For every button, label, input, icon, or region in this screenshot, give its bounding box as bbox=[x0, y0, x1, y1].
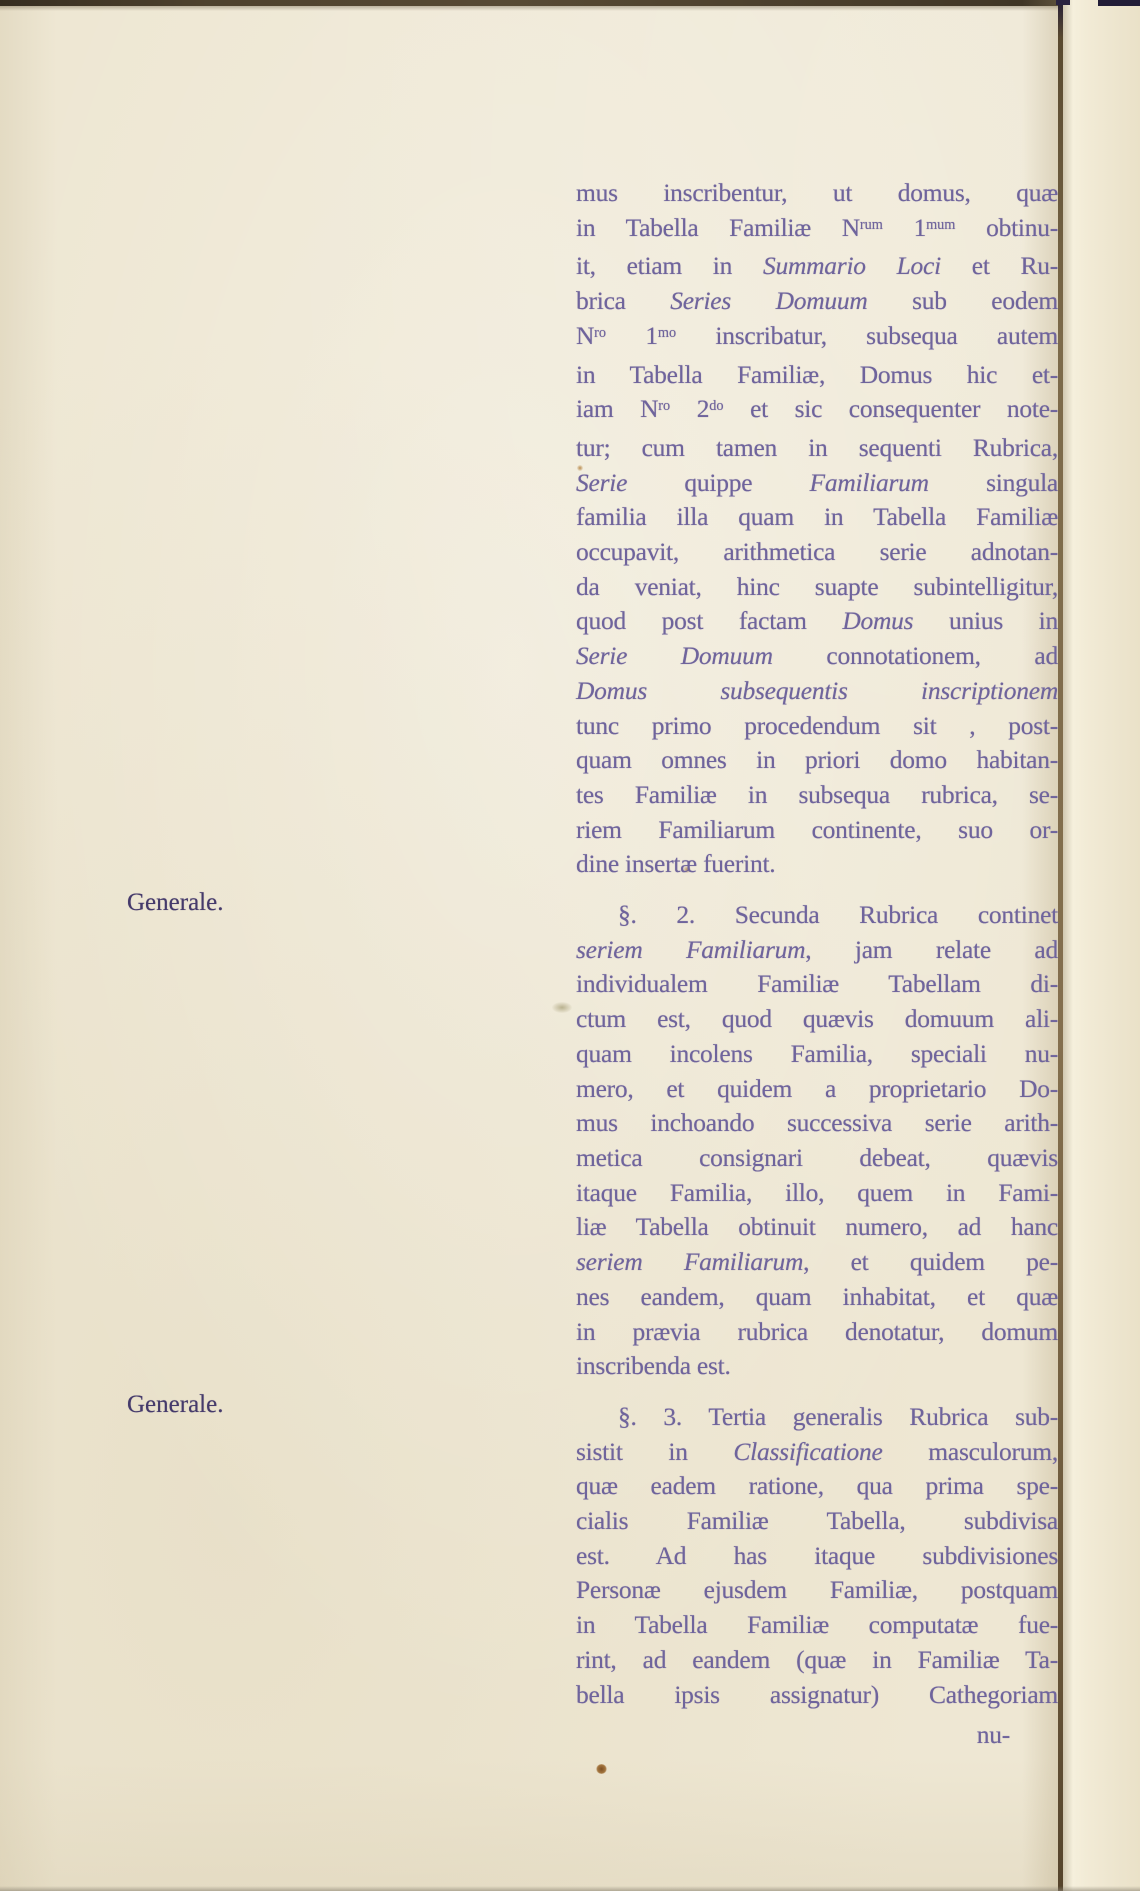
text-segment: itaque Familia, illo, quem in Fami- bbox=[576, 1178, 1058, 1207]
superscript-ordinal: mum bbox=[926, 217, 955, 233]
text-segment: it, etiam in bbox=[576, 251, 763, 280]
text-line: seriem Familiarum, jam relate ad bbox=[576, 933, 1058, 968]
margin-note: Generale. bbox=[127, 1388, 347, 1423]
text-segment: occupavit, arithmetica serie adnotan- bbox=[576, 537, 1058, 566]
text-segment: individualem Familiæ Tabellam di- bbox=[576, 969, 1058, 998]
ink-smudge bbox=[552, 1002, 572, 1013]
text-line: familia illa quam in Tabella Familiæ bbox=[576, 500, 1058, 535]
text-segment: obtinu- bbox=[955, 213, 1058, 242]
text-line: it, etiam in Summario Loci et Ru- bbox=[576, 249, 1058, 284]
text-line: §. 2. Secunda Rubrica continet bbox=[576, 898, 1058, 933]
text-line: Serie quippe Familiarum singula bbox=[576, 466, 1058, 501]
italic-term: Domus subsequentis inscriptionem bbox=[576, 676, 1058, 705]
text-line: inscribenda est. bbox=[576, 1349, 1058, 1384]
text-segment: tes Familiæ in subsequa rubrica, se- bbox=[576, 780, 1058, 809]
text-segment: singula bbox=[929, 468, 1058, 497]
text-line: Nro 1mo inscribatur, subsequa autem bbox=[576, 319, 1058, 358]
text-line: mus inscribentur, ut domus, quæ bbox=[576, 176, 1058, 211]
text-line: nes eandem, quam inhabitat, et quæ bbox=[576, 1280, 1058, 1315]
italic-term: Series Domuum bbox=[670, 286, 867, 315]
text-segment: in Tabella Familiæ computatæ fue- bbox=[576, 1610, 1058, 1639]
text-segment: in Tabella Familiæ, Domus hic et- bbox=[576, 360, 1058, 389]
italic-term: Domus bbox=[842, 606, 913, 635]
text-line: Serie Domuum connotationem, ad bbox=[576, 639, 1058, 674]
text-line: riem Familiarum continente, suo or- bbox=[576, 813, 1058, 848]
superscript-ordinal: do bbox=[709, 398, 723, 414]
italic-term: seriem Familiarum bbox=[576, 935, 805, 964]
italic-term: Summario Loci bbox=[763, 251, 941, 280]
text-segment: iam N bbox=[576, 394, 658, 423]
text-line: in prævia rubrica denotatur, domum bbox=[576, 1315, 1058, 1350]
text-line: cialis Familiæ Tabella, subdivisa bbox=[576, 1504, 1058, 1539]
section-3: §. 3. Tertia generalis Rubrica sub-sisti… bbox=[576, 1400, 1058, 1712]
text-column: mus inscribentur, ut domus, quæin Tabell… bbox=[576, 176, 1058, 1753]
text-line: mero, et quidem a proprietario Do- bbox=[576, 1072, 1058, 1107]
text-segment: , et quidem pe- bbox=[803, 1247, 1058, 1276]
text-segment: masculorum, bbox=[883, 1437, 1058, 1466]
text-line: ctum est, quod quævis domuum ali- bbox=[576, 1002, 1058, 1037]
text-segment: quippe bbox=[627, 468, 809, 497]
page-fold-edge bbox=[1058, 0, 1063, 1891]
text-line: mus inchoando successiva serie arith- bbox=[576, 1106, 1058, 1141]
text-line: §. 3. Tertia generalis Rubrica sub- bbox=[576, 1400, 1058, 1435]
text-line: quam incolens Familia, speciali nu- bbox=[576, 1037, 1058, 1072]
text-line: in Tabella Familiæ computatæ fue- bbox=[576, 1608, 1058, 1643]
text-segment: et sic consequenter note- bbox=[724, 394, 1059, 423]
italic-term: Classificatione bbox=[733, 1437, 882, 1466]
text-segment: dine insertæ fuerint. bbox=[576, 849, 775, 878]
text-segment: liæ Tabella obtinuit numero, ad hanc bbox=[576, 1212, 1058, 1241]
text-segment: mus inscribentur, ut domus, quæ bbox=[576, 178, 1058, 207]
text-segment: ctum est, quod quævis domuum ali- bbox=[576, 1004, 1058, 1033]
margin-note: Generale. bbox=[127, 886, 347, 921]
superscript-ordinal: ro bbox=[594, 325, 606, 341]
text-segment: cialis Familiæ Tabella, subdivisa bbox=[576, 1506, 1058, 1535]
text-segment: in prævia rubrica denotatur, domum bbox=[576, 1317, 1058, 1346]
text-segment: riem Familiarum continente, suo or- bbox=[576, 815, 1058, 844]
superscript-ordinal: ro bbox=[658, 398, 670, 414]
text-segment: quod post factam bbox=[576, 606, 842, 635]
text-segment: est. Ad has itaque subdivisiones bbox=[576, 1541, 1058, 1570]
paragraph-continuation: mus inscribentur, ut domus, quæin Tabell… bbox=[576, 176, 1058, 882]
text-line: seriem Familiarum, et quidem pe- bbox=[576, 1245, 1058, 1280]
text-line: dine insertæ fuerint. bbox=[576, 847, 1058, 882]
text-line: sistit in Classificatione masculorum, bbox=[576, 1435, 1058, 1470]
text-line: Domus subsequentis inscriptionem bbox=[576, 674, 1058, 709]
text-segment: inscribenda est. bbox=[576, 1351, 731, 1380]
text-line: tes Familiæ in subsequa rubrica, se- bbox=[576, 778, 1058, 813]
text-segment: §. 3. Tertia generalis Rubrica sub- bbox=[618, 1402, 1058, 1431]
superscript-ordinal: rum bbox=[860, 217, 883, 233]
text-line: quod post factam Domus unius in bbox=[576, 604, 1058, 639]
text-segment: rint, ad eandem (quæ in Familiæ Ta- bbox=[576, 1645, 1058, 1674]
superscript-ordinal: mo bbox=[658, 325, 676, 341]
text-line: brica Series Domuum sub eodem bbox=[576, 284, 1058, 319]
text-segment: brica bbox=[576, 286, 670, 315]
text-line: metica consignari debeat, quævis bbox=[576, 1141, 1058, 1176]
text-line: iam Nro 2do et sic consequenter note- bbox=[576, 392, 1058, 431]
binding-corner-nub bbox=[1056, 0, 1070, 5]
text-segment: tunc primo procedendum sit , post- bbox=[576, 711, 1058, 740]
adjacent-page-edge bbox=[1063, 0, 1140, 1891]
text-segment: Personæ ejusdem Familiæ, postquam bbox=[576, 1575, 1058, 1604]
text-segment: et Ru- bbox=[941, 251, 1058, 280]
text-segment: 2 bbox=[670, 394, 709, 423]
text-segment: da veniat, hinc suapte subintelligitur, bbox=[576, 572, 1058, 601]
bottom-scan-edge bbox=[0, 1886, 1140, 1891]
text-segment: inscribatur, subsequa autem bbox=[676, 321, 1058, 350]
paragraphs: mus inscribentur, ut domus, quæin Tabell… bbox=[576, 176, 1058, 1712]
text-segment: nes eandem, quam inhabitat, et quæ bbox=[576, 1282, 1058, 1311]
text-segment: familia illa quam in Tabella Familiæ bbox=[576, 502, 1058, 531]
text-line: da veniat, hinc suapte subintelligitur, bbox=[576, 570, 1058, 605]
text-segment: 1 bbox=[883, 213, 926, 242]
text-line: bella ipsis assignatur) Cathegoriam bbox=[576, 1678, 1058, 1713]
text-line: occupavit, arithmetica serie adnotan- bbox=[576, 535, 1058, 570]
book-page: Generale. Generale. mus inscribentur, ut… bbox=[0, 0, 1140, 1891]
text-segment: tur; cum tamen in sequenti Rubrica, bbox=[576, 433, 1058, 462]
text-segment: quam incolens Familia, speciali nu- bbox=[576, 1039, 1058, 1068]
text-line: tur; cum tamen in sequenti Rubrica, bbox=[576, 431, 1058, 466]
text-segment: 1 bbox=[606, 321, 658, 350]
italic-term: Familiarum bbox=[810, 468, 929, 497]
text-segment: in Tabella Familiæ N bbox=[576, 213, 860, 242]
text-segment: connotationem, ad bbox=[773, 641, 1058, 670]
text-line: quæ eadem ratione, qua prima spe- bbox=[576, 1469, 1058, 1504]
binding-corner-mark bbox=[1098, 0, 1140, 6]
italic-term: Serie Domuum bbox=[576, 641, 773, 670]
text-line: in Tabella Familiæ, Domus hic et- bbox=[576, 358, 1058, 393]
text-segment: sistit in bbox=[576, 1437, 733, 1466]
text-line: quam omnes in priori domo habitan- bbox=[576, 743, 1058, 778]
text-segment: bella ipsis assignatur) Cathegoriam bbox=[576, 1680, 1058, 1709]
text-segment: mus inchoando successiva serie arith- bbox=[576, 1108, 1058, 1137]
text-segment: unius in bbox=[913, 606, 1058, 635]
text-line: rint, ad eandem (quæ in Familiæ Ta- bbox=[576, 1643, 1058, 1678]
text-segment: metica consignari debeat, quævis bbox=[576, 1143, 1058, 1172]
text-line: in Tabella Familiæ Nrum 1mum obtinu- bbox=[576, 211, 1058, 250]
italic-term: Serie bbox=[576, 468, 627, 497]
text-line: itaque Familia, illo, quem in Fami- bbox=[576, 1176, 1058, 1211]
adjacent-page-edge-shadow bbox=[1063, 0, 1073, 1891]
text-line: individualem Familiæ Tabellam di- bbox=[576, 967, 1058, 1002]
text-segment: , jam relate ad bbox=[805, 935, 1058, 964]
text-segment: mero, et quidem a proprietario Do- bbox=[576, 1074, 1058, 1103]
text-segment: sub eodem bbox=[868, 286, 1058, 315]
text-line: liæ Tabella obtinuit numero, ad hanc bbox=[576, 1210, 1058, 1245]
text-segment: quæ eadem ratione, qua prima spe- bbox=[576, 1471, 1058, 1500]
text-line: tunc primo procedendum sit , post- bbox=[576, 709, 1058, 744]
text-line: Personæ ejusdem Familiæ, postquam bbox=[576, 1573, 1058, 1608]
text-segment: §. 2. Secunda Rubrica continet bbox=[618, 900, 1058, 929]
top-scan-edge-shadow bbox=[0, 6, 1140, 11]
text-segment: quam omnes in priori domo habitan- bbox=[576, 745, 1058, 774]
text-segment: N bbox=[576, 321, 594, 350]
text-line: est. Ad has itaque subdivisiones bbox=[576, 1539, 1058, 1574]
foxing-spot bbox=[596, 1764, 607, 1774]
italic-term: seriem Familiarum bbox=[576, 1247, 803, 1276]
catchword: nu- bbox=[977, 1720, 1010, 1749]
catchword-line: nu- bbox=[576, 1718, 1058, 1753]
section-2: §. 2. Secunda Rubrica continetseriem Fam… bbox=[576, 898, 1058, 1384]
